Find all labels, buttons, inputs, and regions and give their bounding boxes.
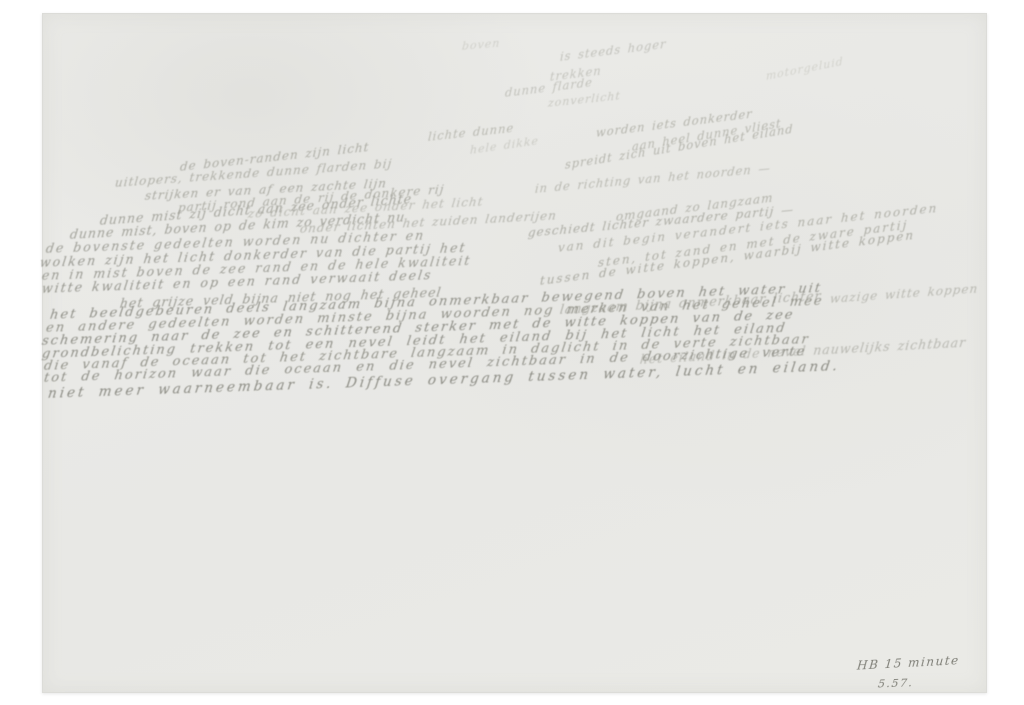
handwriting-fragment: wazige witte koppen [829,282,979,307]
artist-inscription-line2: 5.57. [877,676,914,690]
artwork-scan: bovenis steeds hogertrekkendunne flardez… [0,0,1024,705]
handwriting-layer: bovenis steeds hogertrekkendunne flardez… [0,0,1024,705]
handwriting-fragment: motorgeluid [766,55,844,83]
handwriting-fragment: is steeds hoger [560,37,667,64]
handwriting-fragment: boven [461,37,500,54]
